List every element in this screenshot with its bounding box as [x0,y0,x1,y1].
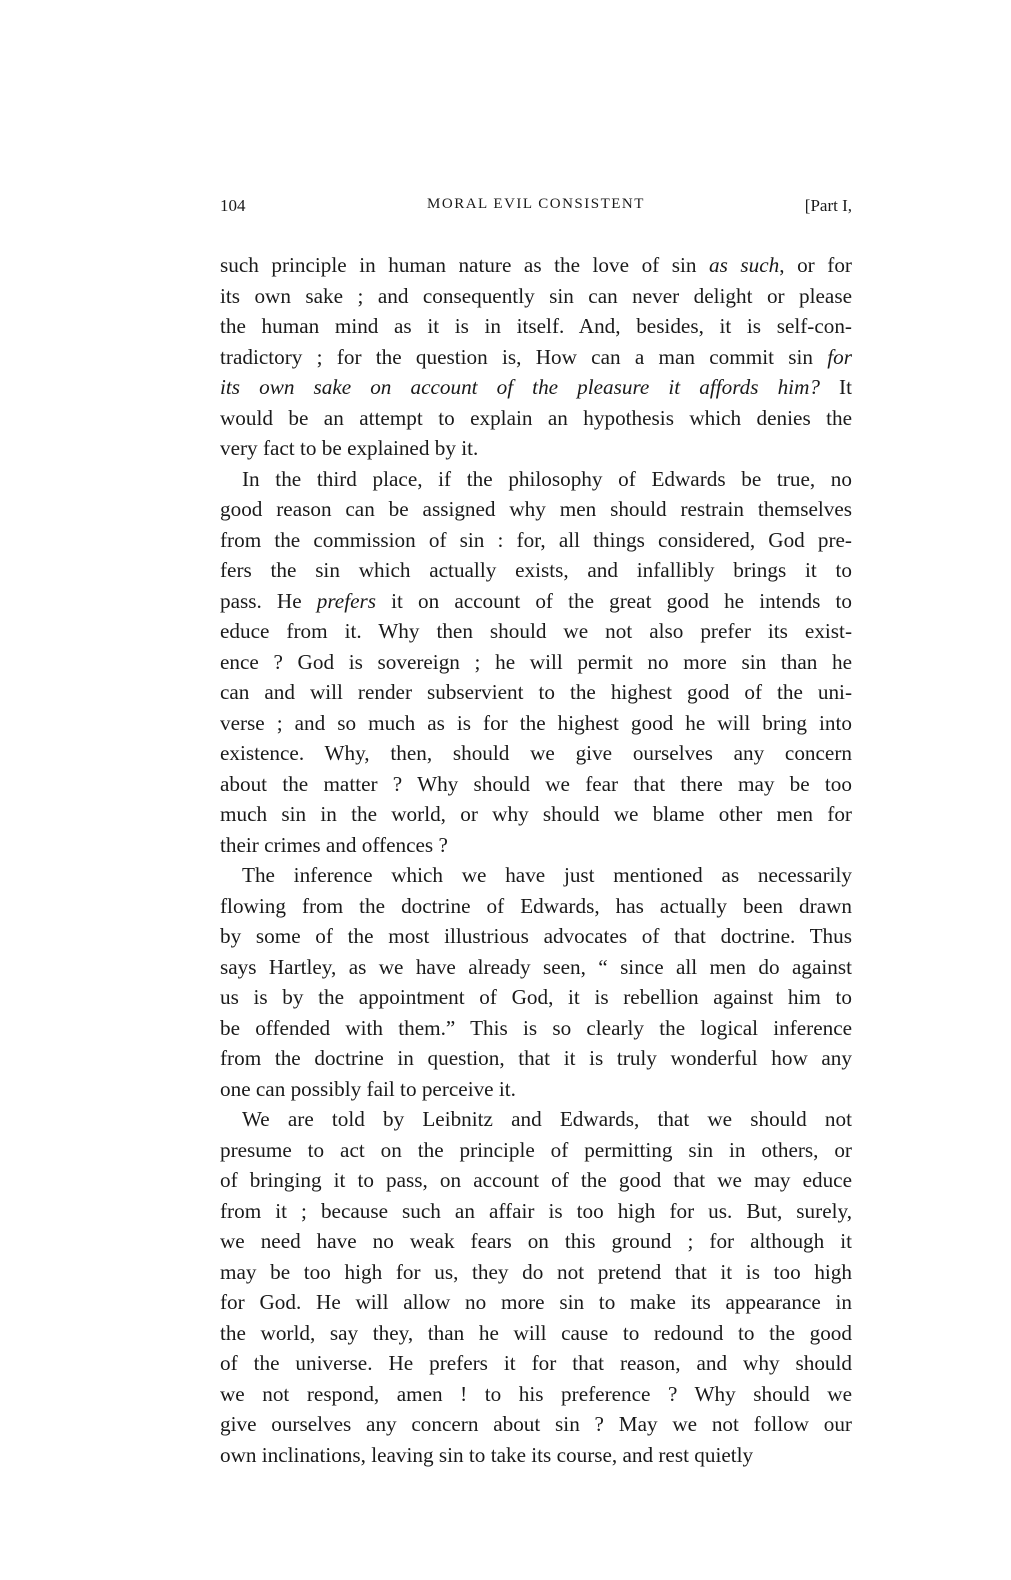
text-line: the human mind as it is in itself. And, … [220,311,852,342]
text-line: good reason can be assigned why men shou… [220,494,852,525]
text-line: we not respond, amen ! to his preference… [220,1379,852,1410]
text-line: says Hartley, as we have already seen, “… [220,952,852,983]
italic-emphasis: for [827,345,852,369]
text-line: The inference which we have just mention… [220,860,852,891]
running-header: 104 MORAL EVIL CONSISTENT [Part I, [220,196,852,224]
text-line: own inclinations, leaving sin to take it… [220,1440,852,1471]
italic-emphasis: as such [709,253,779,277]
text-line: we need have no weak fears on this groun… [220,1226,852,1257]
book-page: 104 MORAL EVIL CONSISTENT [Part I, such … [220,196,852,1470]
text-line: existence. Why, then, should we give our… [220,738,852,769]
running-title: MORAL EVIL CONSISTENT [220,196,852,213]
text-line: of bringing it to pass, on account of th… [220,1165,852,1196]
text-line: about the matter ? Why should we fear th… [220,769,852,800]
text-line: In the third place, if the philosophy of… [220,464,852,495]
text-line: much sin in the world, or why should we … [220,799,852,830]
text-line: We are told by Leibnitz and Edwards, tha… [220,1104,852,1135]
text-line: tradictory ; for the question is, How ca… [220,342,852,373]
text-line: fers the sin which actually exists, and … [220,555,852,586]
text-line: give ourselves any concern about sin ? M… [220,1409,852,1440]
text-line: from the doctrine in question, that it i… [220,1043,852,1074]
text-line: presume to act on the principle of permi… [220,1135,852,1166]
text-line: verse ; and so much as is for the highes… [220,708,852,739]
part-label: [Part I, [805,196,852,216]
text-line: be offended with them.” This is so clear… [220,1013,852,1044]
text-line: from the commission of sin : for, all th… [220,525,852,556]
text-line: very fact to be explained by it. [220,433,852,464]
text-line: for God. He will allow no more sin to ma… [220,1287,852,1318]
italic-emphasis: its own sake on account of the pleasure … [220,375,820,399]
text-line: its own sake on account of the pleasure … [220,372,852,403]
text-line: the world, say they, than he will cause … [220,1318,852,1349]
text-line: from it ; because such an affair is too … [220,1196,852,1227]
text-line: pass. He prefers it on account of the gr… [220,586,852,617]
text-line: one can possibly fail to perceive it. [220,1074,852,1105]
italic-emphasis: prefers [317,589,376,613]
text-line: ence ? God is sovereign ; he will permit… [220,647,852,678]
text-line: flowing from the doctrine of Edwards, ha… [220,891,852,922]
text-line: can and will render subservient to the h… [220,677,852,708]
text-line: such principle in human nature as the lo… [220,250,852,281]
text-line: its own sake ; and consequently sin can … [220,281,852,312]
text-line: educe from it. Why then should we not al… [220,616,852,647]
text-line: of the universe. He prefers it for that … [220,1348,852,1379]
body-text: such principle in human nature as the lo… [220,250,852,1470]
text-line: would be an attempt to explain an hypoth… [220,403,852,434]
text-line: may be too high for us, they do not pret… [220,1257,852,1288]
text-line: us is by the appointment of God, it is r… [220,982,852,1013]
text-line: by some of the most illustrious advocate… [220,921,852,952]
text-line: their crimes and offences ? [220,830,852,861]
